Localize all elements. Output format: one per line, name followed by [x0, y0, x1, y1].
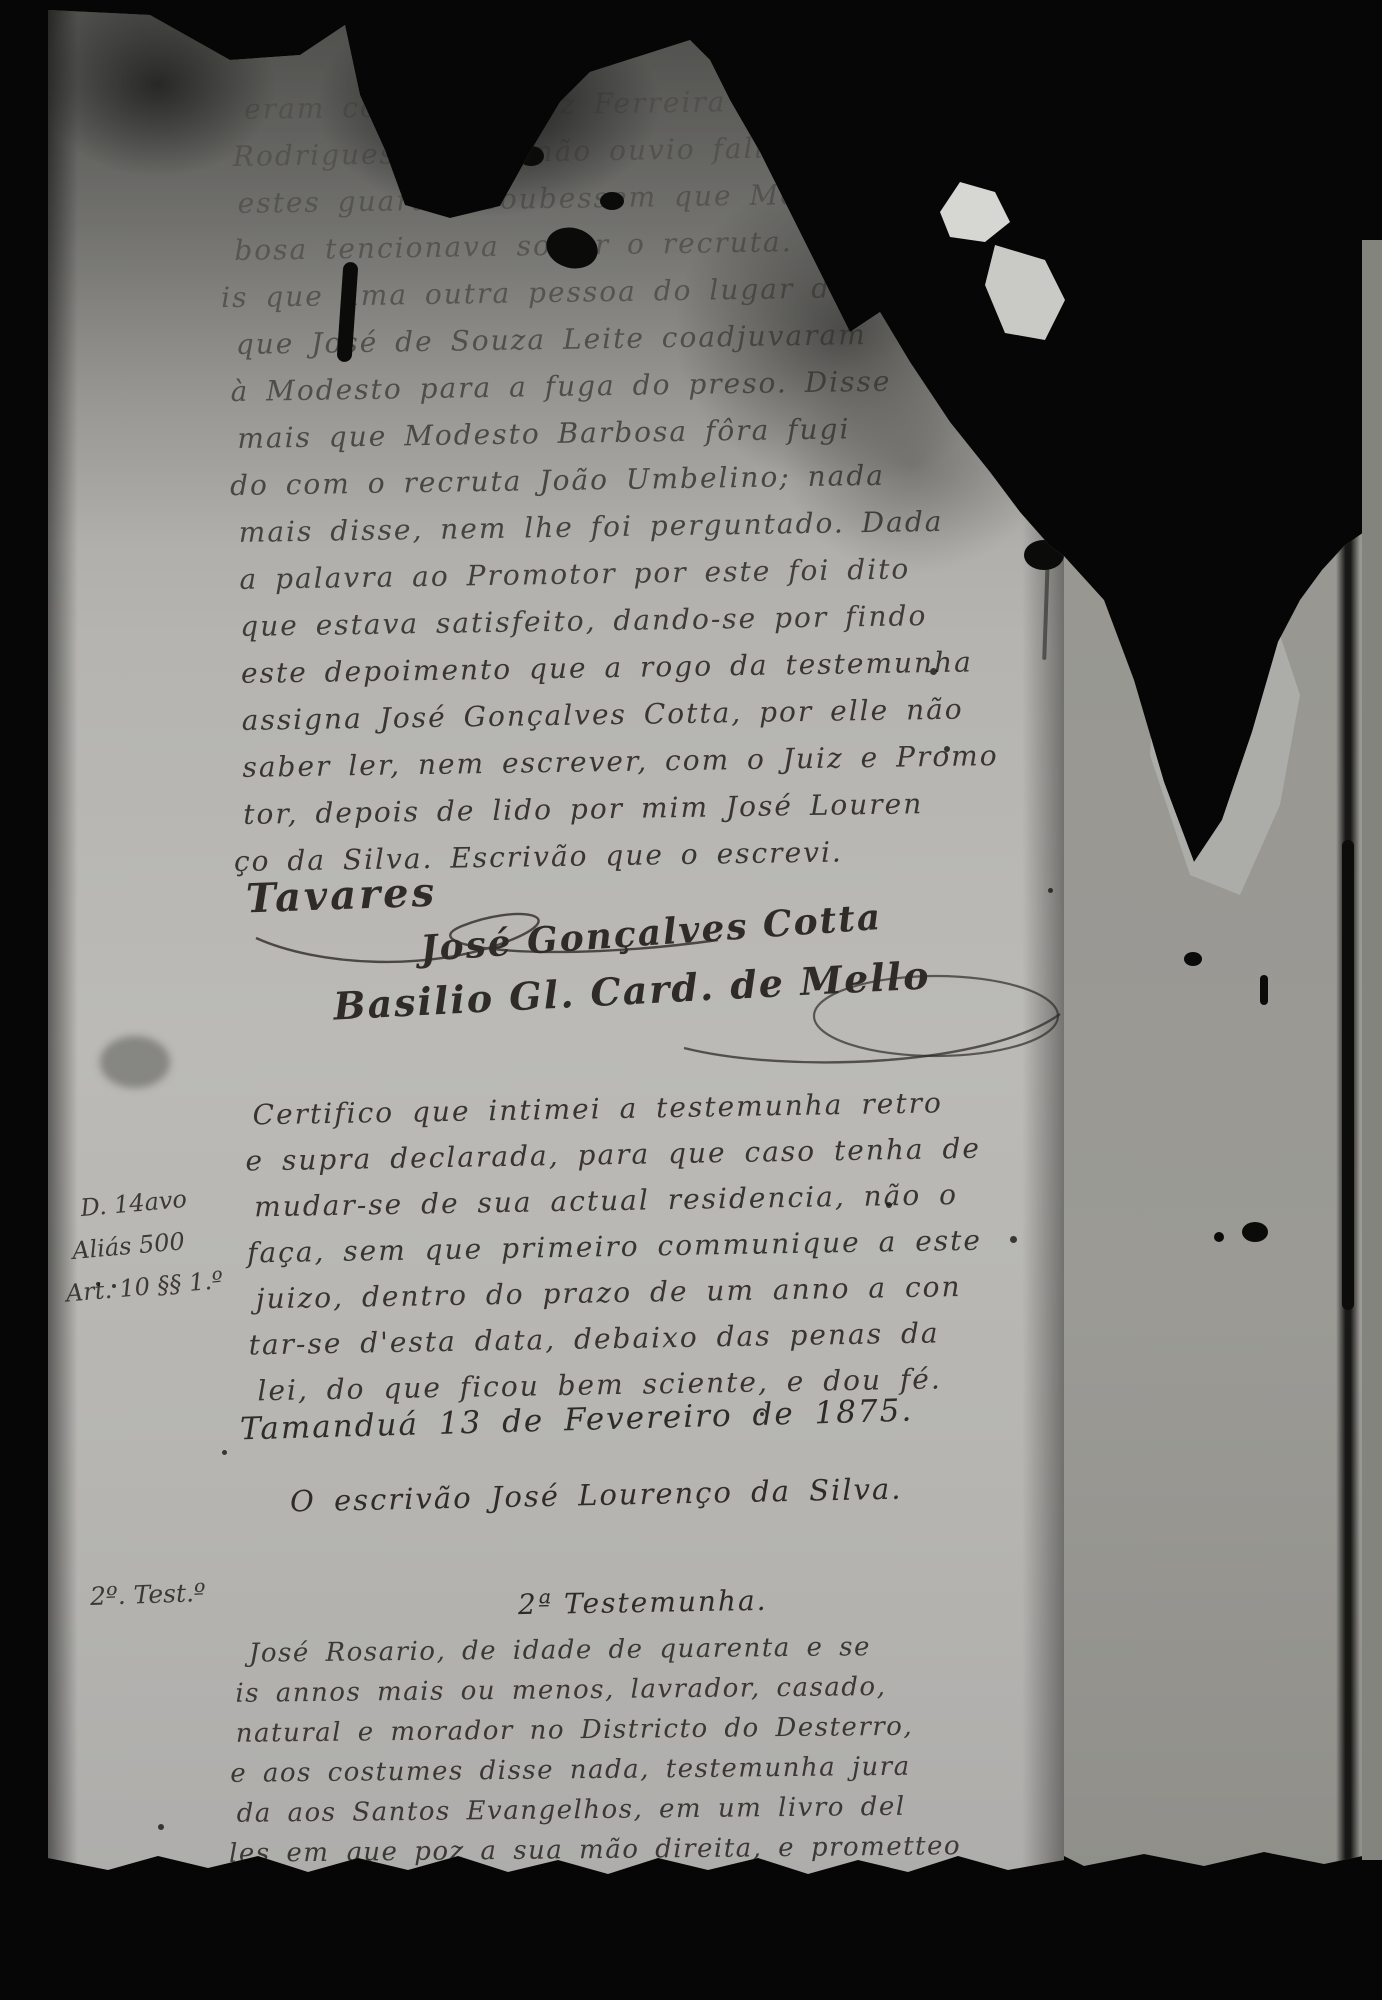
ink-drip — [1260, 975, 1268, 1005]
ink-dot — [930, 668, 937, 675]
second-witness-text-block: José Rosario, de idade de quarenta e sei… — [235, 1626, 962, 1874]
second-witness-heading: 2ª Testemunha. — [518, 1584, 768, 1621]
scanned-manuscript-page: eram com uma Luiz Ferreira eRodrigues, e… — [0, 0, 1382, 2000]
ink-blot — [1024, 540, 1064, 570]
ink-dot — [1010, 1236, 1017, 1243]
left-edge-shadow — [48, 0, 78, 1882]
ink-blot — [600, 192, 624, 210]
ink-blot — [1184, 952, 1202, 966]
page-edge — [1362, 240, 1382, 1860]
signature-tavares: Tavares — [245, 869, 438, 923]
ink-dot — [760, 1412, 764, 1416]
binding-ink-streak — [1342, 840, 1354, 1310]
torn-paper-fragment — [1150, 575, 1310, 905]
ink-dot — [222, 1450, 227, 1455]
manuscript-line: eram com uma Luiz Ferreira e — [244, 74, 989, 133]
torn-paper-fragment — [940, 182, 1010, 242]
ink-dot — [96, 1282, 100, 1286]
torn-paper-fragment — [985, 245, 1065, 345]
margin-note-certification: D. 14avoAliás 500Art. 10 §§ 1.º — [57, 1175, 225, 1314]
margin-note-second-witness: 2º. Test.º — [90, 1578, 207, 1611]
manuscript-sheet: eram com uma Luiz Ferreira eRodrigues, e… — [48, 0, 1064, 1882]
manuscript-line: les em que poz a sua mão direita, e prom… — [229, 1826, 961, 1874]
ink-blot — [518, 146, 544, 166]
smudge-mark — [100, 1036, 170, 1088]
ink-blot — [1242, 1222, 1268, 1242]
ink-dot — [158, 1824, 164, 1830]
ink-dot — [944, 746, 950, 752]
ink-blot — [1214, 1232, 1224, 1242]
adjacent-page-strip — [1064, 0, 1382, 1882]
ink-dot — [112, 1284, 116, 1288]
paper-crack — [1042, 330, 1058, 660]
ink-dot — [886, 1202, 892, 1208]
ink-dot — [1048, 888, 1053, 893]
scribe-signature-line: O escrivão José Lourenço da Silva. — [290, 1472, 903, 1519]
certification-text-block: Certifico que intimei a testemunha retro… — [252, 1080, 985, 1415]
